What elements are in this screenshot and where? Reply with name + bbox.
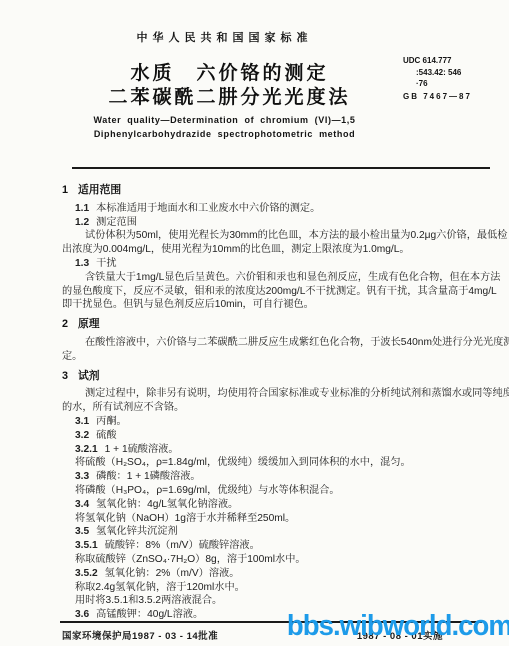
- body-line: 将硫酸（H₂SO₄，ρ=1.84g/ml，优级纯）缓缓加入到同体积的水中，混匀。: [62, 456, 491, 470]
- body-line: 在酸性溶液中，六价铬与二苯碳酰二肼反应生成紫红色化合物，于波长540nm处进行分…: [62, 336, 491, 350]
- body-line: 3.5.1硫酸锌：8%（m/V）硫酸锌溶液。: [62, 539, 491, 553]
- body-line: 即干扰显色。但钒与显色剂反应后10min，可自行褪色。: [62, 298, 491, 312]
- udc-line3: ·76: [403, 78, 472, 90]
- approval-note: 国家环境保护局1987 - 03 - 14批准: [62, 628, 218, 642]
- body-line: 3.1丙酮。: [62, 415, 491, 429]
- document-body: 1适用范围 1.1本标准适用于地面水和工业废水中六价铬的测定。 1.2测定范围 …: [62, 184, 491, 622]
- body-line: 3.5氢氧化锌共沉淀剂: [62, 525, 491, 539]
- body-line: 3.5.2氢氧化钠：2%（m/V）溶液。: [62, 567, 491, 581]
- section-heading: 3试剂: [62, 370, 491, 384]
- title-cn-line1: 水质 六价铬的测定: [0, 62, 459, 86]
- section-heading: 2原理: [62, 318, 491, 332]
- body-line: 用时将3.5.1和3.5.2两溶液混合。: [62, 594, 491, 608]
- body-line: 含铁量大于1mg/L显色后呈黄色。六价钼和汞也和显色剂反应，生成有色化合物，但在…: [62, 271, 491, 285]
- body-line: 定。: [62, 350, 491, 364]
- document-title-cn: 水质 六价铬的测定 二苯碳酰二肼分光光度法: [0, 62, 459, 110]
- title-en-line1: Water quality—Determination of chromium …: [0, 113, 449, 127]
- title-en-line2: Diphenylcarbohydrazide spectrophotometri…: [0, 127, 449, 141]
- body-line: 将氢氧化钠（NaOH）1g溶于水并稀释至250ml。: [62, 512, 491, 526]
- body-line: 称取2.4g氢氧化钠，溶于120ml水中。: [62, 581, 491, 595]
- section-heading: 1适用范围: [62, 184, 491, 198]
- standard-code: GB 7467—87: [403, 91, 472, 103]
- body-line: 1.3干扰: [62, 257, 491, 271]
- header-rule: [72, 167, 490, 169]
- body-line: 3.3磷酸：1 + 1磷酸溶液。: [62, 470, 491, 484]
- body-line: 称取硫酸锌（ZnSO₄·7H₂O）8g，溶于100ml水中。: [62, 553, 491, 567]
- body-line: 1.2测定范围: [62, 216, 491, 230]
- body-line: 的水，所有试剂应不含铬。: [62, 401, 491, 415]
- document-page: 中华人民共和国国家标准 水质 六价铬的测定 二苯碳酰二肼分光光度法 UDC 61…: [0, 0, 509, 646]
- body-line: 测定过程中，除非另有说明，均使用符合国家标准或专业标准的分析纯试剂和蒸馏水或同等…: [62, 387, 491, 401]
- document-title-en: Water quality—Determination of chromium …: [0, 113, 449, 141]
- watermark: bbs.wibworld.com: [287, 610, 509, 643]
- standard-designation: 中华人民共和国国家标准: [0, 29, 449, 45]
- body-line: 3.2.11 + 1硫酸溶液。: [62, 443, 491, 457]
- body-line: 出浓度为0.004mg/L，使用光程为10mm的比色皿，测定上限浓度为1.0mg…: [62, 243, 491, 257]
- body-line: 的显色酸度下，反应不灵敏，钼和汞的浓度达200mg/L不干扰测定。钒有干扰，其含…: [62, 285, 491, 299]
- body-line: 1.1本标准适用于地面水和工业废水中六价铬的测定。: [62, 202, 491, 216]
- udc-line2: :543.42: 546: [403, 67, 472, 79]
- body-line: 3.2硫酸: [62, 429, 491, 443]
- title-cn-line2: 二苯碳酰二肼分光光度法: [0, 86, 459, 110]
- udc-block: UDC 614.777 :543.42: 546 ·76 GB 7467—87: [403, 55, 472, 102]
- udc-line1: UDC 614.777: [403, 55, 472, 67]
- body-line: 试份体积为50ml，使用光程长为30mm的比色皿，本方法的最小检出量为0.2μg…: [62, 229, 491, 243]
- body-line: 将磷酸（H₃PO₄，ρ=1.69g/ml，优级纯）与水等体积混合。: [62, 484, 491, 498]
- body-line: 3.4氢氧化钠：4g/L氢氧化钠溶液。: [62, 498, 491, 512]
